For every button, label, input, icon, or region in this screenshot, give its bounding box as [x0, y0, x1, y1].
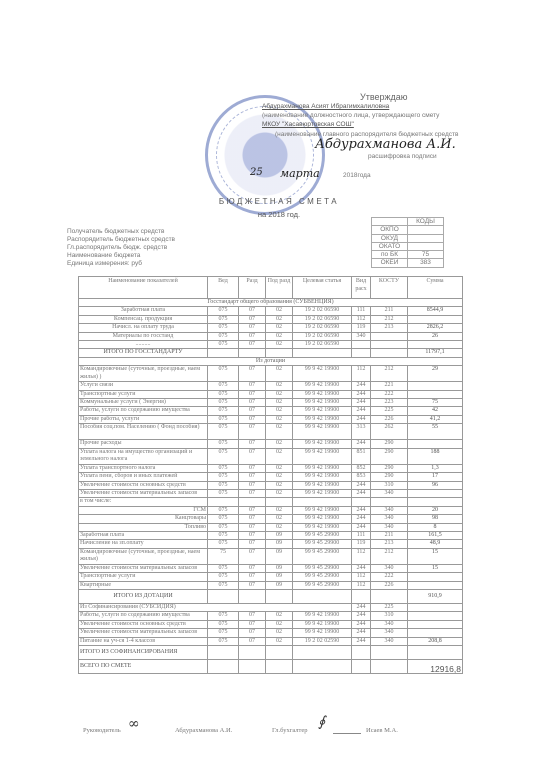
cell-target-article: 99 9 42 19900: [293, 489, 352, 497]
table-row: Транспортные услуги075070299 9 42 199002…: [79, 390, 463, 398]
table-row: Квартирные075070999 9 45 29900112226: [79, 581, 463, 589]
cell-kosgu: 290: [371, 464, 408, 472]
cell-kosgu: [371, 341, 408, 349]
table-row: Компенсац. продукция075070219 2 02 06590…: [79, 315, 463, 323]
cell-target-article: 99 9 42 19900: [293, 473, 352, 481]
cell-name: Уплата транспортного налога: [79, 464, 208, 472]
cell-section: [239, 589, 266, 603]
cell-amount: 98: [408, 515, 463, 523]
cell-expense-type: 244: [352, 382, 371, 390]
cell-section: 07: [239, 637, 266, 645]
cell-target-article: [293, 589, 352, 603]
table-row: Увеличение стоимости материальных запасо…: [79, 489, 463, 497]
cell-dept: 075: [208, 629, 239, 637]
cell-amount: 29: [408, 366, 463, 382]
cell-kosgu: 223: [371, 399, 408, 407]
cell-target-article: 99 9 42 19900: [293, 366, 352, 382]
cell-section: 07: [239, 473, 266, 481]
cell-amount: [408, 629, 463, 637]
cell-amount: 208,8: [408, 637, 463, 645]
organization-name: МКОУ "Хасавюртовская СОШ": [262, 121, 354, 128]
header-target-article: Целевая статья: [293, 277, 352, 299]
cell-dept: 075: [208, 564, 239, 572]
cell-subsection: 02: [266, 506, 293, 514]
cell-kosgu: 212: [371, 548, 408, 564]
head-name: Абдурахманова А.И.: [175, 727, 232, 734]
cell-subsection: [266, 589, 293, 603]
table-row: Питание на уч-ся 1-4 классов075070219 2 …: [79, 637, 463, 645]
cell-name: ИТОГО ИЗ ДОТАЦИИ: [79, 589, 208, 603]
cell-kosgu: 340: [371, 564, 408, 572]
cell-section: 07: [239, 448, 266, 464]
cell-amount: 41,2: [408, 415, 463, 423]
cell-target-article: 99 9 42 19900: [293, 407, 352, 415]
cell-kosgu: 213: [371, 540, 408, 548]
cell-expense-type: 244: [352, 481, 371, 489]
cell-dept: 075: [208, 540, 239, 548]
cell-amount: 1,3: [408, 464, 463, 472]
cell-subsection: 02: [266, 424, 293, 440]
cell-target-article: 99 9 45 29900: [293, 548, 352, 564]
table-body: Госстандарт общего образования (СУБВЕНЦИ…: [79, 299, 463, 674]
cell-amount: [408, 440, 463, 448]
cell-expense-type: 244: [352, 440, 371, 448]
codes-header: КОДЫ: [408, 218, 444, 226]
section-title: Из дотации: [79, 357, 463, 365]
cell-section: 07: [239, 424, 266, 440]
section-row: Госстандарт общего образования (СУБВЕНЦИ…: [79, 299, 463, 307]
cell-dept: 075: [208, 315, 239, 323]
cell-section: 07: [239, 307, 266, 315]
cell-section: 07: [239, 464, 266, 472]
cell-section: 07: [239, 620, 266, 628]
approval-date-month: марта: [280, 167, 320, 180]
cell-subsection: 02: [266, 382, 293, 390]
cell-target-article: 99 9 42 19900: [293, 415, 352, 423]
cofinancing-section-row: Из Софинансирования (СУБСИДИЯ)244225: [79, 603, 463, 611]
cell-name: ИТОГО ПО ГОССТАНДАРТУ: [79, 349, 208, 357]
cell-kosgu: 213: [371, 324, 408, 332]
cell-dept: 075: [208, 332, 239, 340]
cell-dept: 075: [208, 612, 239, 620]
cell-section: 07: [239, 540, 266, 548]
cell-section: [239, 660, 266, 674]
cell-dept: 075: [208, 448, 239, 464]
cell-section: 07: [239, 515, 266, 523]
cell-subsection: 02: [266, 481, 293, 489]
cell-section: 07: [239, 366, 266, 382]
cell-dept: [208, 646, 239, 660]
cell-subsection: 02: [266, 612, 293, 620]
head-label: Руководитель: [83, 727, 121, 734]
total-row: ИТОГО ИЗ СОФИНАНСИРОВАНИЯ: [79, 646, 463, 660]
cell-section: [239, 349, 266, 357]
section-title: Из Софинансирования (СУБСИДИЯ): [79, 603, 352, 611]
header-amount: Сумма: [408, 277, 463, 299]
cell-subsection: 02: [266, 637, 293, 645]
cell-kosgu: 340: [371, 515, 408, 523]
cell-dept: 075: [208, 415, 239, 423]
cell-expense-type: 244: [352, 415, 371, 423]
cell-expense-type: 244: [352, 523, 371, 531]
cell-amount: [408, 581, 463, 589]
table-row: Увеличение стоимости основных средств075…: [79, 620, 463, 628]
cell-amount: [408, 612, 463, 620]
cell-target-article: [293, 498, 352, 506]
table-row: Увеличение стоимости материальных запасо…: [79, 629, 463, 637]
table-row: Транспортные услуги075070999 9 45 299001…: [79, 573, 463, 581]
cell-kosgu: [371, 332, 408, 340]
cell-subsection: 09: [266, 564, 293, 572]
cell-amount: 8: [408, 523, 463, 531]
cell-expense-type: 119: [352, 540, 371, 548]
cell-subsection: 02: [266, 415, 293, 423]
table-row: Увеличение стоимости материальных запасо…: [79, 564, 463, 572]
cell-name: Канцтовары: [79, 515, 208, 523]
cell-subsection: 02: [266, 307, 293, 315]
cell-subsection: 02: [266, 332, 293, 340]
cell-section: 07: [239, 415, 266, 423]
cell-target-article: 99 9 42 19900: [293, 424, 352, 440]
cell-target-article: [293, 660, 352, 674]
cell-subsection: 02: [266, 620, 293, 628]
cell-section: 07: [239, 629, 266, 637]
accountant-name: Исаев М.А.: [366, 727, 398, 734]
cell-name: ИТОГО ИЗ СОФИНАНСИРОВАНИЯ: [79, 646, 208, 660]
cell-subsection: 02: [266, 629, 293, 637]
cell-section: 07: [239, 407, 266, 415]
cell-name: Транспортные услуги: [79, 573, 208, 581]
cell-kosgu: 225: [371, 407, 408, 415]
table-row: в том числе:: [79, 498, 463, 506]
cell-amount: 15: [408, 548, 463, 564]
cell-subsection: 09: [266, 531, 293, 539]
cell-target-article: 99 9 42 19900: [293, 523, 352, 531]
cell-dept: 075: [208, 523, 239, 531]
cell-target-article: 99 9 42 19900: [293, 481, 352, 489]
table-row: Уплата пени, сборов и иных платежей07507…: [79, 473, 463, 481]
cell-kosgu: 340: [371, 620, 408, 628]
cell-name: Увеличение стоимости материальных запасо…: [79, 489, 208, 497]
cell-dept: [208, 660, 239, 674]
cell-dept: 075: [208, 473, 239, 481]
cell-dept: 075: [208, 324, 239, 332]
cell-expense-type: 244: [352, 506, 371, 514]
section-title: Госстандарт общего образования (СУБВЕНЦИ…: [79, 299, 463, 307]
cell-target-article: [293, 646, 352, 660]
accountant-label: Гл.бухгалтер: [272, 727, 308, 734]
header-section: Разд: [239, 277, 266, 299]
table-row: Канцтовары075070299 9 42 1990024434098: [79, 515, 463, 523]
cell-section: 07: [239, 399, 266, 407]
table-row: Прочие работы, услуги075070299 9 42 1990…: [79, 415, 463, 423]
cell-subsection: 09: [266, 573, 293, 581]
approval-date-year: 2018года: [343, 172, 371, 179]
cell-kosgu: [371, 498, 408, 506]
cell-kosgu: 211: [371, 531, 408, 539]
cell-amount: 20: [408, 506, 463, 514]
cell-section: 07: [239, 382, 266, 390]
table-row: Начисл. на оплату труда075070219 2 02 06…: [79, 324, 463, 332]
cell-amount: 161,5: [408, 531, 463, 539]
cell-target-article: 99 9 45 29900: [293, 564, 352, 572]
cell-subsection: 02: [266, 399, 293, 407]
cell-expense-type: 112: [352, 573, 371, 581]
cell-subsection: 02: [266, 366, 293, 382]
table-row: Прочие расходы075070299 9 42 19900244290: [79, 440, 463, 448]
cell-target-article: 19 2 02 06590: [293, 341, 352, 349]
cell-section: 07: [239, 564, 266, 572]
cell-target-article: 99 9 42 19900: [293, 620, 352, 628]
code-label: по БК: [372, 251, 408, 259]
cell-target-article: 99 9 45 29900: [293, 573, 352, 581]
cell-section: 07: [239, 506, 266, 514]
cell-name: Начисл. на оплату труда: [79, 324, 208, 332]
cell-kosgu: [371, 646, 408, 660]
cell-dept: 075: [208, 637, 239, 645]
table-row: Уплата транспортного налога075070299 9 4…: [79, 464, 463, 472]
cell-expense-type: [352, 646, 371, 660]
code-label: ОКАТО: [372, 242, 408, 250]
cell-expense-type: [352, 660, 371, 674]
cell-dept: 075: [208, 531, 239, 539]
table-row: Пособия соц.пом. Населению ( Фонд пособи…: [79, 424, 463, 440]
cell-expense-type: 244: [352, 399, 371, 407]
table-header-row: Наименование показателей Вед Разд Под ра…: [79, 277, 463, 299]
cell-subsection: 02: [266, 515, 293, 523]
cell-section: 07: [239, 531, 266, 539]
cell-name: в том числе:: [79, 498, 208, 506]
cell-name: Материалы по госстанд: [79, 332, 208, 340]
cell-kosgu: 226: [371, 581, 408, 589]
cell-amount: 96: [408, 481, 463, 489]
cell-section: 07: [239, 573, 266, 581]
table-row: Коммунальные услуги ( Энергия)075070299 …: [79, 399, 463, 407]
cell-section: 07: [239, 548, 266, 564]
approval-title: Утверждаю: [360, 92, 408, 102]
cell-name: Уплата налога на имущество организаций и…: [79, 448, 208, 464]
cell-section: [239, 646, 266, 660]
cell-target-article: 99 9 42 19900: [293, 440, 352, 448]
section-row: Из дотации: [79, 357, 463, 365]
accountant-signature-line: [333, 733, 361, 734]
cell-dept: 075: [208, 581, 239, 589]
document-title: БЮДЖЕТНАЯ СМЕТА: [0, 197, 558, 206]
cell-name: Командировочные (суточные, проездные, на…: [79, 366, 208, 382]
cell-subsection: 02: [266, 473, 293, 481]
total-row: ИТОГО ПО ГОССТАНДАРТУ11797,1: [79, 349, 463, 357]
cell-dept: 075: [208, 440, 239, 448]
cell-target-article: 99 9 42 19900: [293, 399, 352, 407]
cell-name: Увеличение стоимости основных средств: [79, 620, 208, 628]
cell-amount: [408, 646, 463, 660]
cell-kosgu: 290: [371, 448, 408, 464]
cell-subsection: 02: [266, 523, 293, 531]
cell-amount: 188: [408, 448, 463, 464]
cell-expense-type: 852: [352, 464, 371, 472]
cell-expense-type: 244: [352, 564, 371, 572]
cell-subsection: 09: [266, 581, 293, 589]
cell-section: 07: [239, 315, 266, 323]
cell-dept: 075: [208, 424, 239, 440]
code-value: [408, 226, 444, 234]
table-row: ..........075070219 2 02 06590: [79, 341, 463, 349]
cell-section: 07: [239, 581, 266, 589]
cell-section: 07: [239, 523, 266, 531]
cell-expense-type: 853: [352, 473, 371, 481]
cell-expense-type: 851: [352, 448, 371, 464]
cell-name: ВСЕГО ПО СМЕТЕ: [79, 660, 208, 674]
cell-dept: 075: [208, 341, 239, 349]
cell-dept: 075: [208, 620, 239, 628]
cell-expense-type: 244: [352, 489, 371, 497]
cell-target-article: 99 9 45 29900: [293, 581, 352, 589]
cell-name: Прочие расходы: [79, 440, 208, 448]
cell-section: 07: [239, 440, 266, 448]
header-name: Наименование показателей: [79, 277, 208, 299]
cell-expense-type: 119: [352, 324, 371, 332]
cell-expense-type: 313: [352, 424, 371, 440]
cell-amount: [408, 315, 463, 323]
cell-amount: [408, 341, 463, 349]
cell-dept: 075: [208, 506, 239, 514]
cell-kosgu: 212: [371, 315, 408, 323]
cell-dept: 075: [208, 489, 239, 497]
cell-name: Топливо: [79, 523, 208, 531]
cell-kosgu: 340: [371, 629, 408, 637]
total-row: ИТОГО ИЗ ДОТАЦИИ910,9: [79, 589, 463, 603]
cell-kosgu: 340: [371, 637, 408, 645]
cell-amount: [408, 620, 463, 628]
cell-kosgu: 310: [371, 481, 408, 489]
cell-kosgu: [371, 589, 408, 603]
cell-section: 07: [239, 332, 266, 340]
cell-section: 07: [239, 390, 266, 398]
cell-subsection: 02: [266, 464, 293, 472]
cell-section: 07: [239, 481, 266, 489]
cell-expense-type: 340: [352, 332, 371, 340]
code-value: [408, 242, 444, 250]
approver-name: Абдурахманова Асият Ибрагимхалиловна: [262, 103, 389, 110]
cell-target-article: 99 9 42 19900: [293, 382, 352, 390]
total-row: ВСЕГО ПО СМЕТЕ12916,8: [79, 660, 463, 674]
cell-target-article: 99 9 45 29900: [293, 531, 352, 539]
cell-amount: 2826,2: [408, 324, 463, 332]
cell-expense-type: 244: [352, 620, 371, 628]
cell-subsection: 02: [266, 407, 293, 415]
cell-expense-type: 112: [352, 581, 371, 589]
cell-dept: 075: [208, 481, 239, 489]
cell-amount: 75: [408, 399, 463, 407]
cell-expense-type: 111: [352, 531, 371, 539]
cell-dept: 075: [208, 307, 239, 315]
info-recipient: Получатель бюджетных средств: [67, 228, 164, 235]
code-value: [408, 234, 444, 242]
table-row: Командировочные (суточные, проездные, на…: [79, 366, 463, 382]
cell-subsection: 09: [266, 540, 293, 548]
cell-dept: 075: [208, 464, 239, 472]
cell-kosgu: 290: [371, 440, 408, 448]
cell-amount: 11797,1: [408, 349, 463, 357]
cell-subsection: 02: [266, 324, 293, 332]
cell-kosgu: 212: [371, 366, 408, 382]
code-label: ОКПО: [372, 226, 408, 234]
cell-name: Заработная плата: [79, 531, 208, 539]
cell-kosgu: 222: [371, 390, 408, 398]
cell-section: 07: [239, 324, 266, 332]
cell-target-article: 19 2 02 06590: [293, 307, 352, 315]
cell-amount: 15: [408, 564, 463, 572]
table-row: Топливо075070299 9 42 199002443408: [79, 523, 463, 531]
cell-target-article: 99 9 42 19900: [293, 390, 352, 398]
header-expense-type: Вид расх: [352, 277, 371, 299]
cell-subsection: 02: [266, 489, 293, 497]
cell-kosgu: 290: [371, 473, 408, 481]
cell-amount: 12916,8: [408, 660, 463, 674]
cell-expense-type: 112: [352, 366, 371, 382]
cell-expense-type: 244: [352, 515, 371, 523]
info-main-distributor: Гл.распорядитель бюдж. средств: [67, 244, 167, 251]
cell-subsection: 02: [266, 315, 293, 323]
cell-subsection: 02: [266, 390, 293, 398]
cell-name: Транспортные услуги: [79, 390, 208, 398]
cell-kosgu: 310: [371, 612, 408, 620]
header-subsection: Под разд: [266, 277, 293, 299]
cell-target-article: 99 9 42 19900: [293, 629, 352, 637]
table-row: Начисление на зп.оплату075070999 9 45 29…: [79, 540, 463, 548]
approval-date-day: 25: [250, 167, 263, 178]
cell-name: Уплата пени, сборов и иных платежей: [79, 473, 208, 481]
cell-section: [239, 498, 266, 506]
cell-kosgu: 221: [371, 382, 408, 390]
cell-dept: [208, 589, 239, 603]
cell-subsection: [266, 498, 293, 506]
cell-expense-type: 244: [352, 390, 371, 398]
table-row: Уплата налога на имущество организаций и…: [79, 448, 463, 464]
cell-expense-type: 244: [352, 612, 371, 620]
cell-kosgu: 226: [371, 415, 408, 423]
cell-kosgu: 262: [371, 424, 408, 440]
cell-name: Увеличение стоимости материальных запасо…: [79, 629, 208, 637]
cell-name: Питание на уч-ся 1-4 классов: [79, 637, 208, 645]
cell-subsection: [266, 349, 293, 357]
cell-amount: [408, 390, 463, 398]
cell-subsection: 09: [266, 548, 293, 564]
cell-expense-type: [352, 349, 371, 357]
cell-target-article: 99 9 42 19900: [293, 506, 352, 514]
cell-dept: 075: [208, 366, 239, 382]
cell-expense-type: 244: [352, 407, 371, 415]
table-row: Услуги связи075070299 9 42 19900244221: [79, 382, 463, 390]
cell-name: Командировочные (суточные, проездные, на…: [79, 548, 208, 564]
cell-kosgu: [371, 349, 408, 357]
cell-amount: [408, 382, 463, 390]
signature-decoding-caption: расшифровка подписи: [368, 153, 437, 160]
cell-amount: [408, 498, 463, 506]
document-subtitle: на 2018 год.: [0, 210, 558, 219]
cell-target-article: 19 2 02 06590: [293, 315, 352, 323]
cell-expense-type: 244: [352, 637, 371, 645]
codes-blank-header: [372, 218, 408, 226]
cell-expense-type: 112: [352, 315, 371, 323]
cell-target-article: [293, 349, 352, 357]
cell-name: Коммунальные услуги ( Энергия): [79, 399, 208, 407]
accountant-signature-icon: ∮: [318, 714, 325, 730]
info-distributor: Распорядитель бюджетных средств: [67, 236, 175, 243]
table-row: Заработная плата075070219 2 02 065901112…: [79, 307, 463, 315]
cell-name: ГСМ: [79, 506, 208, 514]
cell-amount: 42: [408, 407, 463, 415]
